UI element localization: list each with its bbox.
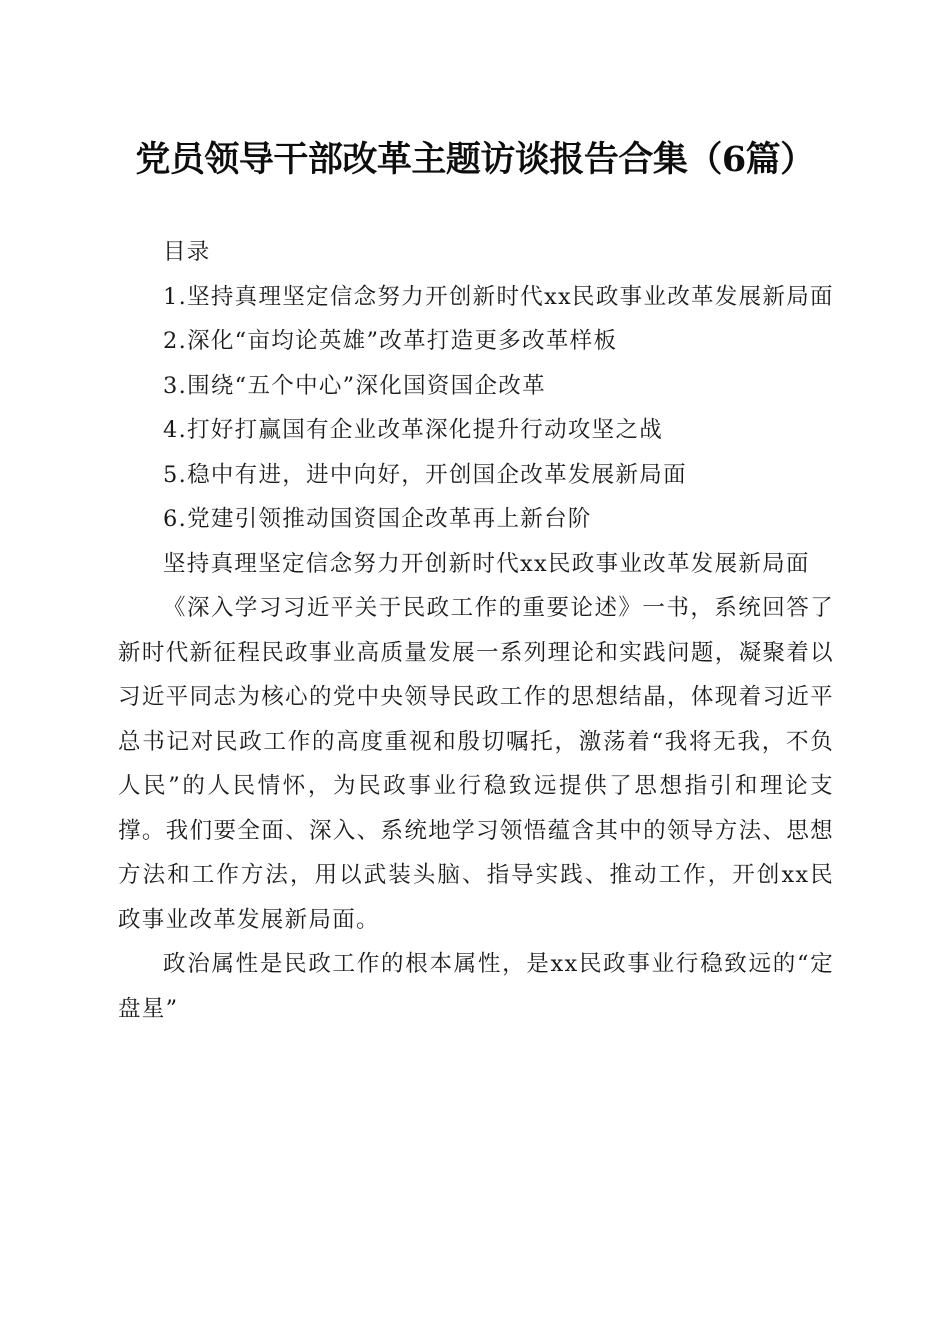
document-title: 党员领导干部改革主题访谈报告合集（6篇） bbox=[0, 136, 950, 184]
document-body: 目录 1.坚持真理坚定信念努力开创新时代xx民政事业改革发展新局面 2.深化“亩… bbox=[118, 230, 834, 1031]
toc-item-4: 4.打好打赢国有企业改革深化提升行动攻坚之战 bbox=[118, 408, 834, 453]
toc-heading: 目录 bbox=[118, 230, 834, 275]
body-paragraph-2: 政治属性是民政工作的根本属性，是xx民政事业行稳致远的“定盘星” bbox=[118, 942, 834, 1031]
body-paragraph-1: 《深入学习习近平关于民政工作的重要论述》一书，系统回答了新时代新征程民政事业高质… bbox=[118, 586, 834, 942]
toc-item-2: 2.深化“亩均论英雄”改革打造更多改革样板 bbox=[118, 319, 834, 364]
toc-item-3: 3.围绕“五个中心”深化国资国企改革 bbox=[118, 364, 834, 409]
toc-item-5: 5.稳中有进，进中向好，开创国企改革发展新局面 bbox=[118, 453, 834, 498]
toc-item-1: 1.坚持真理坚定信念努力开创新时代xx民政事业改革发展新局面 bbox=[118, 275, 834, 320]
section-title: 坚持真理坚定信念努力开创新时代xx民政事业改革发展新局面 bbox=[118, 542, 834, 587]
document-page: 党员领导干部改革主题访谈报告合集（6篇） 目录 1.坚持真理坚定信念努力开创新时… bbox=[0, 0, 950, 1344]
toc-item-6: 6.党建引领推动国资国企改革再上新台阶 bbox=[118, 497, 834, 542]
